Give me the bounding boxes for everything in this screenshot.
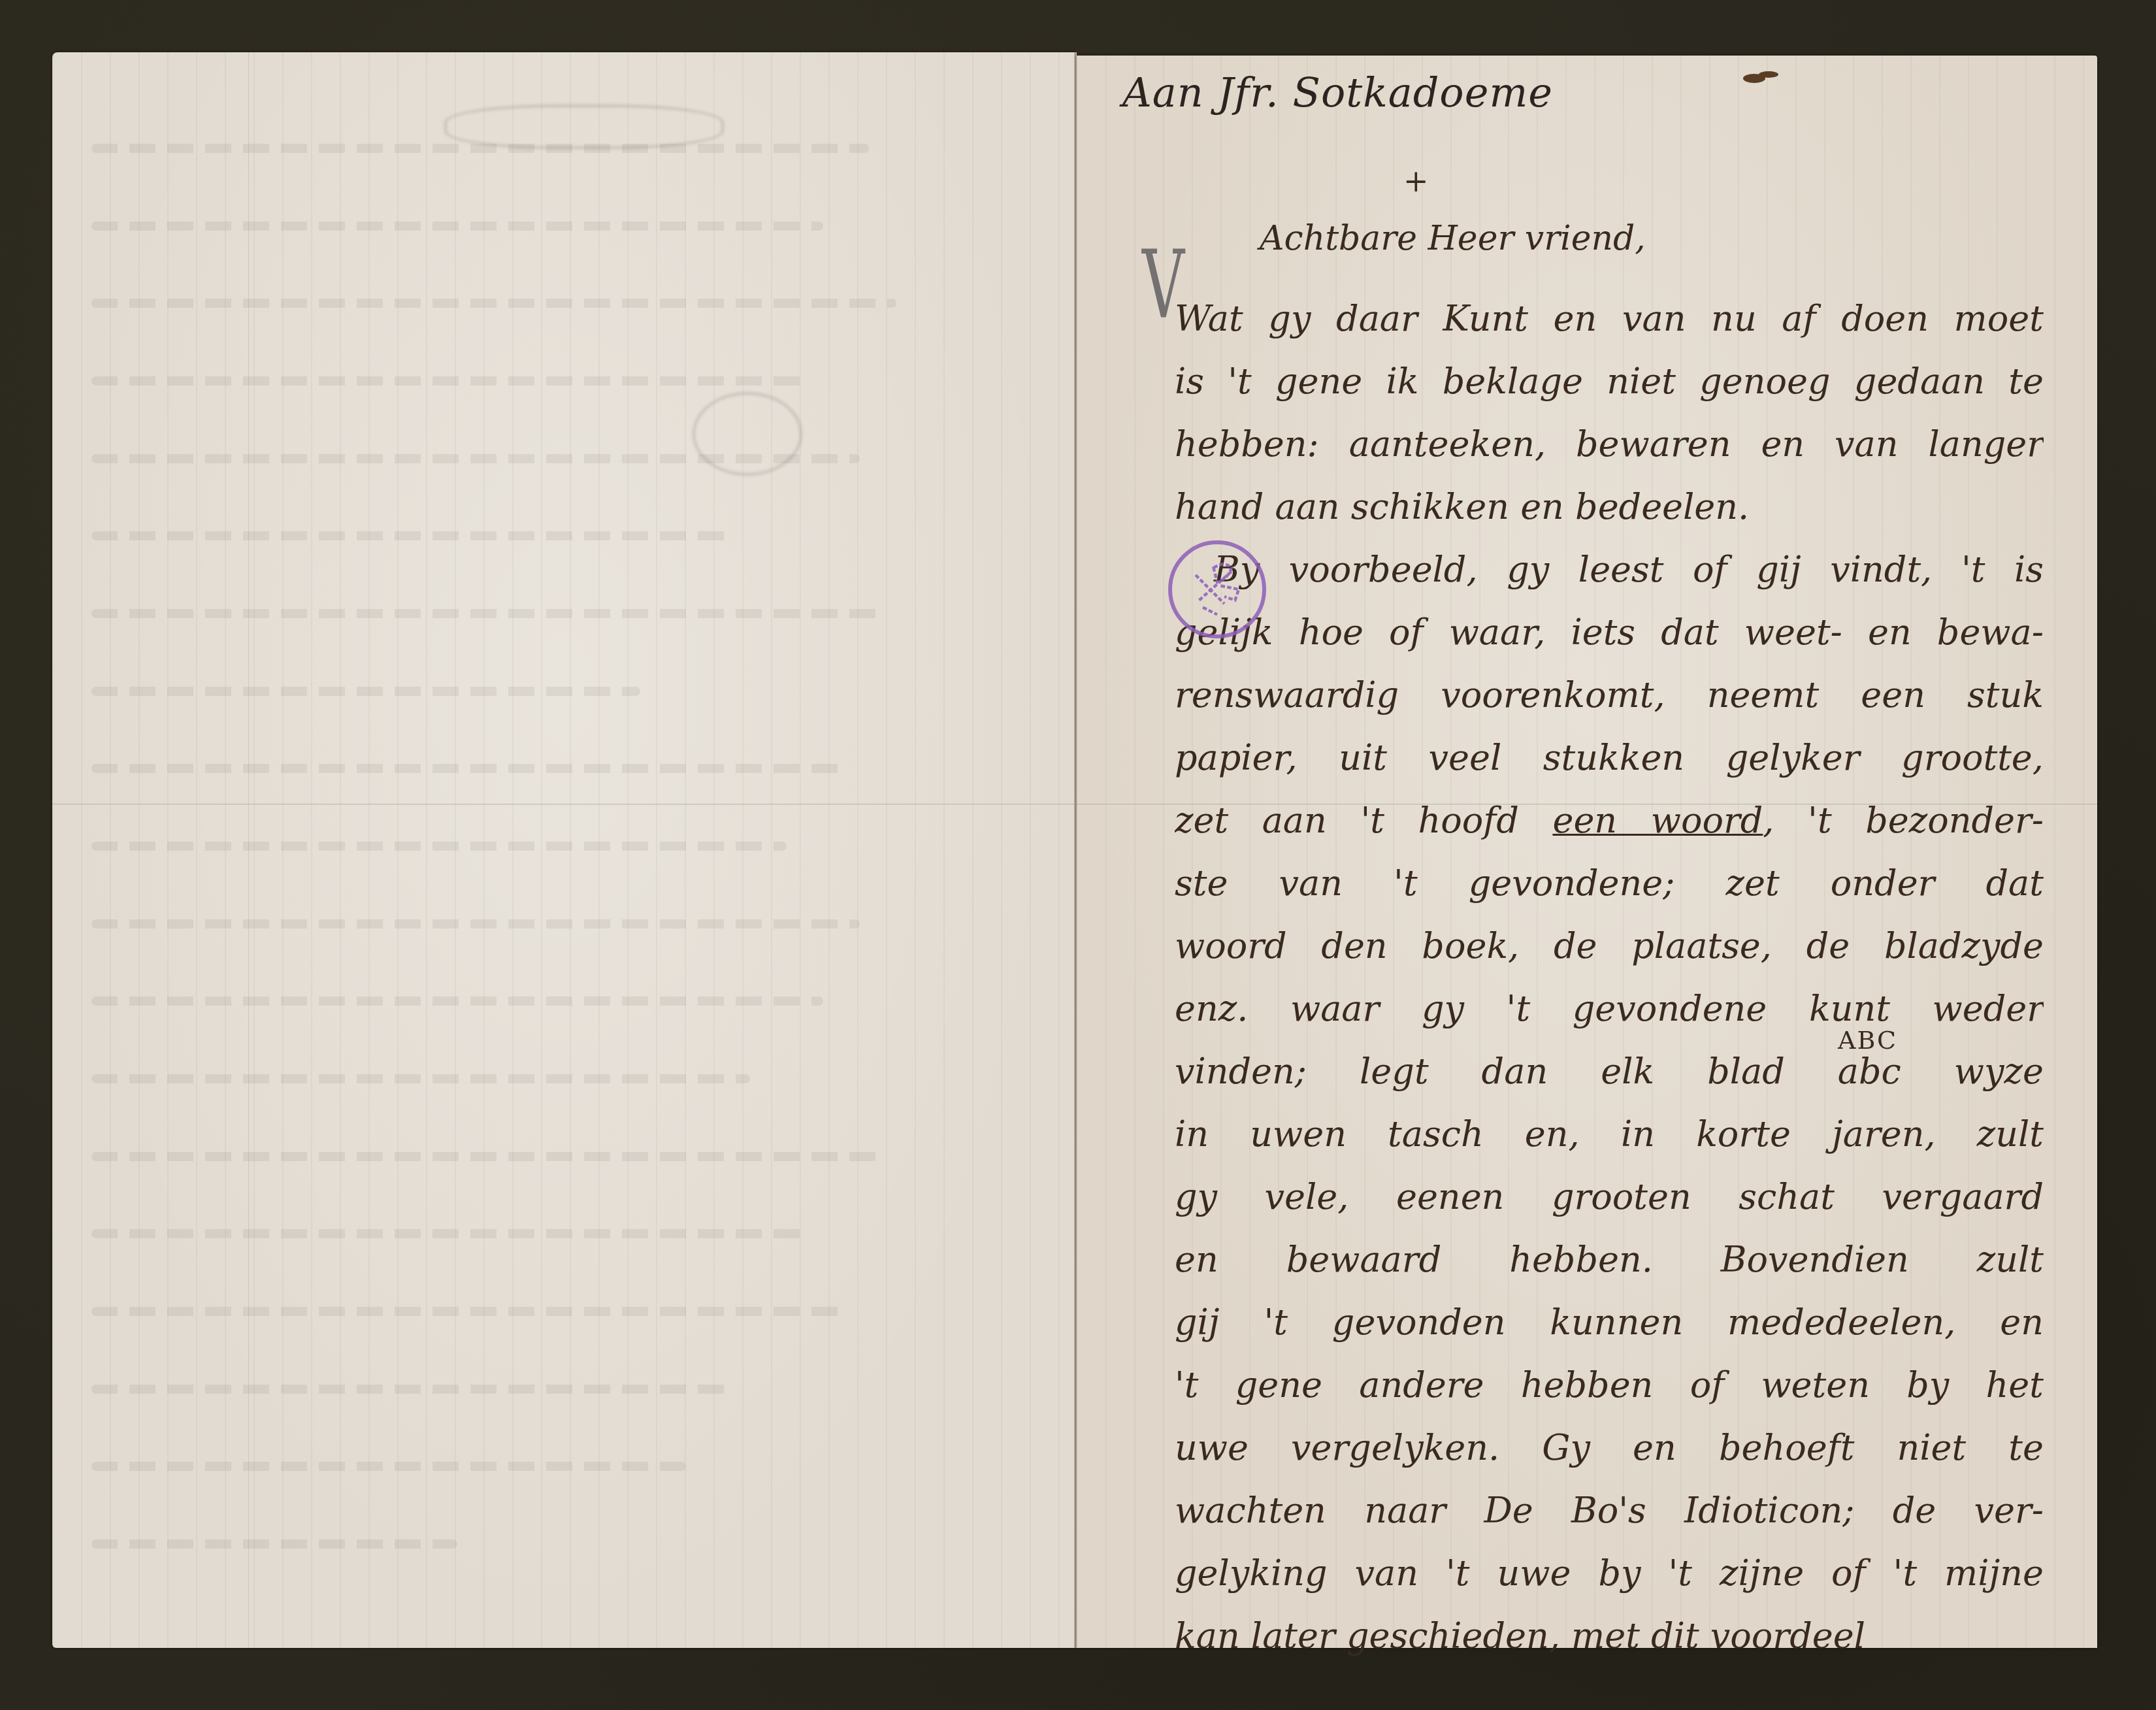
ink-blot [1743, 74, 1765, 83]
letter-line: in uwen tasch en, in korte jaren, zult [1175, 1103, 2044, 1166]
stamp-emblem-icon [1181, 553, 1253, 625]
letter-line: kan later geschieden, met dit voordeel [1175, 1605, 2044, 1668]
letter-line: enz. waar gy 't gevondene kunt weder [1175, 978, 2044, 1040]
letter-line: gelyking van 't uwe by 't zijne of 't mi… [1175, 1542, 2044, 1605]
graphite-smudge [444, 105, 724, 149]
underlined-phrase: een woord [1552, 800, 1763, 841]
letter-line: gelijk hoe of waar, iets dat weet- en be… [1175, 601, 2044, 664]
letter-text: Aan Jfr. Sotkadoeme + V Achtbare Heer vr… [1077, 56, 2097, 1648]
right-page: Aan Jfr. Sotkadoeme + V Achtbare Heer vr… [1077, 56, 2097, 1648]
letter-line: en bewaard hebben. Bovendien zult [1175, 1228, 2044, 1291]
letter-line: gy vele, eenen grooten schat vergaard [1175, 1166, 2044, 1228]
letter-line: uwe vergelyken. Gy en behoeft niet te [1175, 1417, 2044, 1479]
letter-line: renswaardig voorenkomt, neemt een stuk [1175, 664, 2044, 727]
letter-body: Wat gy daar Kunt en van nu af doen moet … [1175, 288, 2044, 1668]
salutation: Achtbare Heer vriend, [1260, 219, 1646, 258]
letter-line: hebben: aanteeken, bewaren en van langer [1175, 413, 2044, 476]
letter-line-underlined: zet aan 't hoofd een woord, 't bezonder- [1175, 789, 2044, 852]
letter-line: wachten naar De Bo's Idioticon; de ver- [1175, 1479, 2044, 1542]
graphite-smudge [693, 392, 802, 476]
bleed-through-writing [91, 144, 1006, 1549]
letter-line: By voorbeeld, gy leest of gij vindt, 't … [1175, 538, 2044, 601]
letter-line: vinden; legt dan elk blad abc wyze [1175, 1040, 2044, 1103]
letter-line: woord den boek, de plaatse, de bladzyde [1175, 915, 2044, 978]
letter-line: ste van 't gevondene; zet onder dat [1175, 852, 2044, 915]
left-page [52, 52, 1075, 1648]
letter-line: papier, uit veel stukken gelyker grootte… [1175, 727, 2044, 789]
letter-line: 't gene andere hebben of weten by het [1175, 1354, 2044, 1417]
superscript-abc: ABC [1838, 1026, 1897, 1055]
cross-mark: + [1403, 163, 1429, 199]
letter-line: is 't gene ik beklage niet genoeg gedaan… [1175, 350, 2044, 413]
letter-line: hand aan schikken en bedeelen. [1175, 476, 2044, 538]
archive-stamp [1168, 540, 1266, 638]
letter-line: gij 't gevonden kunnen mededeelen, en [1175, 1291, 2044, 1354]
addressee-line: Aan Jfr. Sotkadoeme [1122, 69, 1553, 116]
letter-line: Wat gy daar Kunt en van nu af doen moet [1175, 288, 2044, 350]
